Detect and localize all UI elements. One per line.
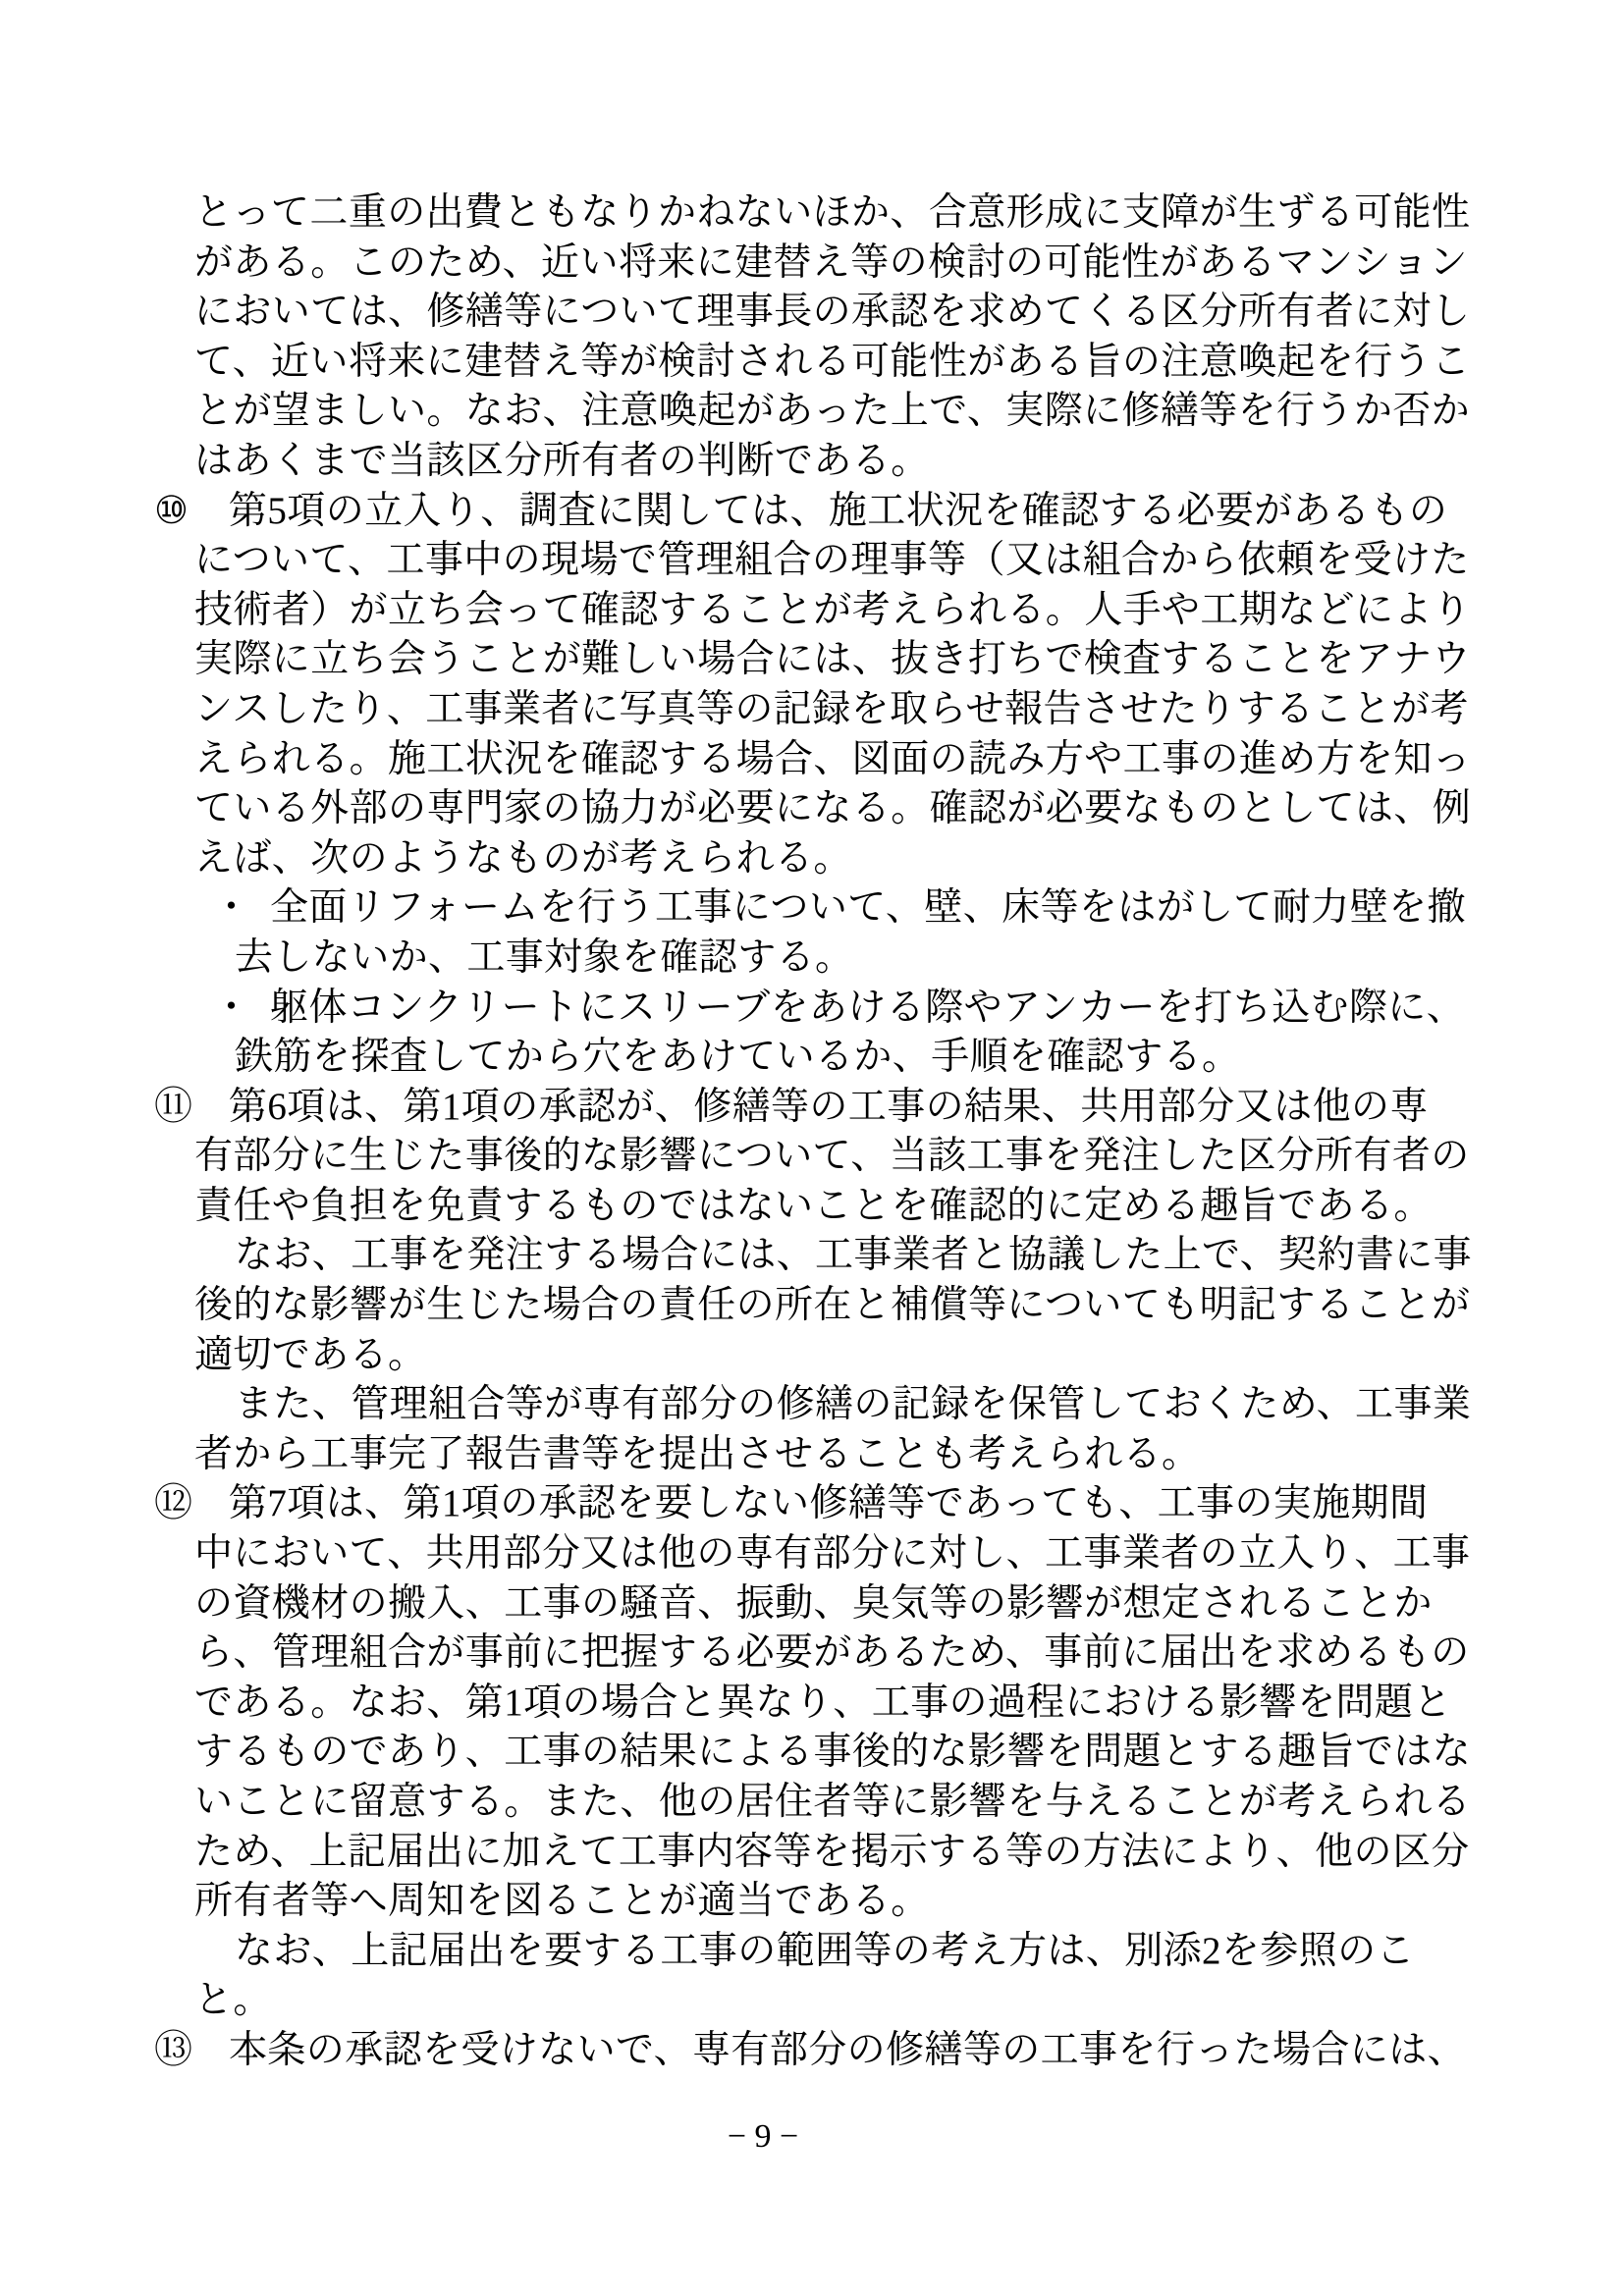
text-line: と。 — [194, 1976, 1471, 2026]
item-12-first-line: ⑫第7項は、第1項の承認を要しない修繕等であっても、工事の実施期間 — [194, 1479, 1471, 1529]
text-line: はあくまで当該区分所有者の判断である。 — [194, 437, 1471, 487]
text-line: がある。このため、近い将来に建替え等の検討の可能性があるマンション — [194, 239, 1471, 289]
circled-number-12: ⑫ — [154, 1479, 229, 1529]
circled-number-13: ⑬ — [154, 2026, 229, 2076]
document-body: とって二重の出費ともなりかねないほか、合意形成に支障が生ずる可能性 がある。この… — [194, 188, 1471, 2076]
bullet-item-first-line: ・全面リフォームを行う工事について、壁、床等をはがして耐力壁を撤 — [194, 883, 1471, 934]
text-line: 有部分に生じた事後的な影響について、当該工事を発注した区分所有者の — [194, 1132, 1471, 1182]
bullet-item-first-line: ・躯体コンクリートにスリーブをあける際やアンカーを打ち込む際に、 — [194, 984, 1471, 1034]
text-line: ている外部の専門家の協力が必要になる。確認が必要なものとしては、例 — [194, 784, 1471, 834]
text-line: ため、上記届出に加えて工事内容等を掲示する等の方法により、他の区分 — [194, 1828, 1471, 1878]
text-line: 第7項は、第1項の承認を要しない修繕等であっても、工事の実施期間 — [229, 1482, 1428, 1524]
text-line: 鉄筋を探査してから穴をあけているか、手順を確認する。 — [194, 1033, 1471, 1083]
item-11-first-line: ⑪第6項は、第1項の承認が、修繕等の工事の結果、共用部分又は他の専 — [194, 1083, 1471, 1133]
text-line: 去しないか、工事対象を確認する。 — [194, 934, 1471, 984]
bullet-icon: ・ — [194, 984, 270, 1034]
item-13-first-line: ⑬本条の承認を受けないで、専有部分の修繕等の工事を行った場合には、 — [194, 2026, 1471, 2076]
text-line: 実際に立ち会うことが難しい場合には、抜き打ちで検査することをアナウ — [194, 635, 1471, 685]
text-line: なお、工事を発注する場合には、工事業者と協議した上で、契約書に事 — [194, 1231, 1471, 1281]
text-line: とって二重の出費ともなりかねないほか、合意形成に支障が生ずる可能性 — [194, 188, 1471, 239]
text-line: 技術者）が立ち会って確認することが考えられる。人手や工期などにより — [194, 586, 1471, 636]
text-line: 適切である。 — [194, 1331, 1471, 1381]
text-line: である。なお、第1項の場合と異なり、工事の過程における影響を問題と — [194, 1679, 1471, 1729]
text-line: 者から工事完了報告書等を提出させることも考えられる。 — [194, 1430, 1471, 1480]
text-line: 責任や負担を免責するものではないことを確認的に定める趣旨である。 — [194, 1182, 1471, 1232]
text-line: いことに留意する。また、他の居住者等に影響を与えることが考えられる — [194, 1778, 1471, 1828]
text-line: なお、上記届出を要する工事の範囲等の考え方は、別添2を参照のこ — [194, 1927, 1471, 1977]
text-line: ら、管理組合が事前に把握する必要があるため、事前に届出を求めるもの — [194, 1629, 1471, 1679]
text-line: 後的な影響が生じた場合の責任の所在と補償等についても明記することが — [194, 1281, 1471, 1331]
circled-number-10: ⑩ — [154, 487, 229, 537]
item-10-first-line: ⑩第5項の立入り、調査に関しては、施工状況を確認する必要があるもの — [194, 487, 1471, 537]
text-line: 全面リフォームを行う工事について、壁、床等をはがして耐力壁を撤 — [270, 886, 1466, 929]
text-line: 躯体コンクリートにスリーブをあける際やアンカーを打ち込む際に、 — [270, 987, 1465, 1029]
text-line: 第5項の立入り、調査に関しては、施工状況を確認する必要があるもの — [229, 490, 1447, 532]
text-line: するものであり、工事の結果による事後的な影響を問題とする趣旨ではな — [194, 1728, 1471, 1778]
circled-number-11: ⑪ — [154, 1083, 229, 1133]
text-line: について、工事中の現場で管理組合の理事等（又は組合から依頼を受けた — [194, 536, 1471, 586]
document-page: とって二重の出費ともなりかねないほか、合意形成に支障が生ずる可能性 がある。この… — [0, 0, 1624, 2296]
text-line: 第6項は、第1項の承認が、修繕等の工事の結果、共用部分又は他の専 — [229, 1086, 1429, 1128]
text-line: においては、修繕等について理事長の承認を求めてくる区分所有者に対し — [194, 288, 1471, 338]
text-line: えば、次のようなものが考えられる。 — [194, 834, 1471, 884]
text-line: の資機材の搬入、工事の騒音、振動、臭気等の影響が想定されることか — [194, 1579, 1471, 1629]
text-line: とが望ましい。なお、注意喚起があった上で、実際に修繕等を行うか否か — [194, 387, 1471, 437]
text-line: て、近い将来に建替え等が検討される可能性がある旨の注意喚起を行うこ — [194, 338, 1471, 388]
bullet-icon: ・ — [194, 883, 270, 934]
text-line: えられる。施工状況を確認する場合、図面の読み方や工事の進め方を知っ — [194, 735, 1471, 785]
text-line: 所有者等へ周知を図ることが適当である。 — [194, 1877, 1471, 1927]
text-line: また、管理組合等が専有部分の修繕の記録を保管しておくため、工事業 — [194, 1380, 1471, 1430]
page-number: − 9 − — [728, 2118, 798, 2156]
text-line: 中において、共用部分又は他の専有部分に対し、工事業者の立入り、工事 — [194, 1529, 1471, 1579]
text-line: 本条の承認を受けないで、専有部分の修繕等の工事を行った場合には、 — [229, 2029, 1466, 2071]
text-line: ンスしたり、工事業者に写真等の記録を取らせ報告させたりすることが考 — [194, 685, 1471, 735]
